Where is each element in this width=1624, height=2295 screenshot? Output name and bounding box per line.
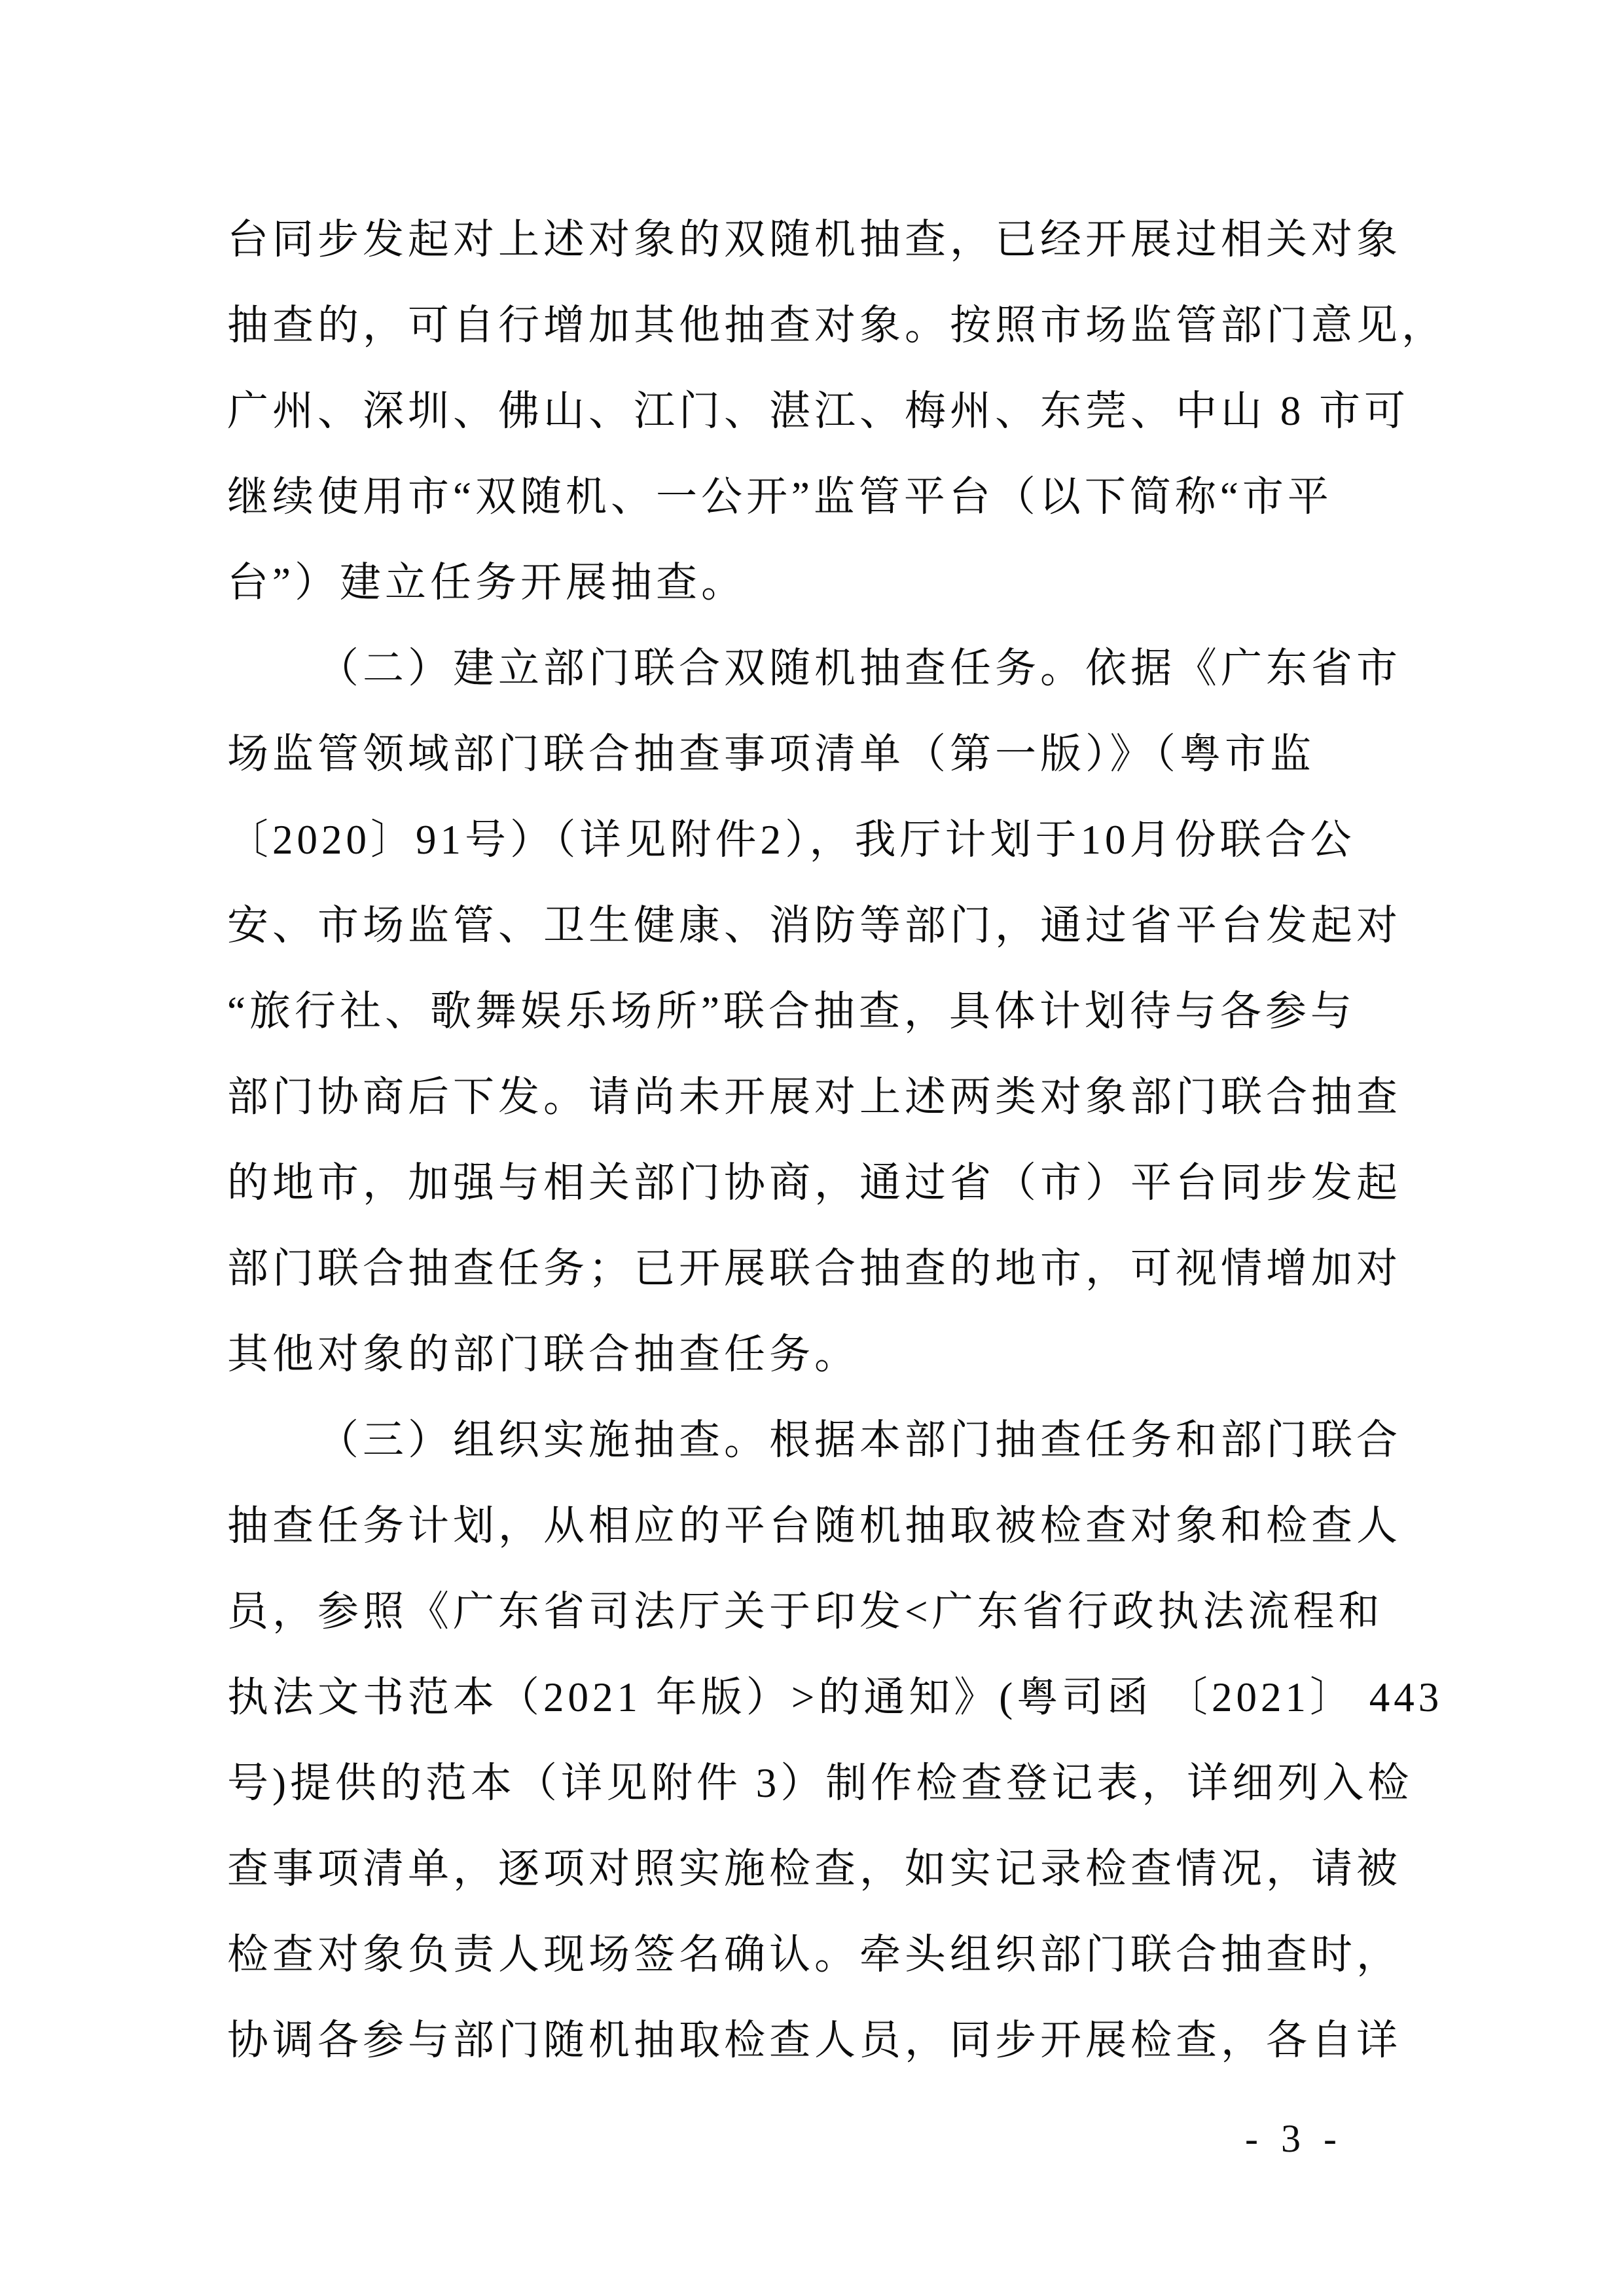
text-line: 部门联合抽查任务；已开展联合抽查的地市，可视情增加对: [227, 1226, 1409, 1312]
text-line: “旅行社、歌舞娱乐场所”联合抽查，具体计划待与各参与: [227, 969, 1409, 1055]
text-line: 继续使用市“双随机、一公开”监管平台（以下简称“市平: [227, 454, 1409, 540]
text-line: （二）建立部门联合双随机抽查任务。依据《广东省市: [227, 626, 1409, 712]
text-line: 广州、深圳、佛山、江门、湛江、梅州、东莞、中山 8 市可: [227, 369, 1409, 454]
text-line: 号)提供的范本（详见附件 3）制作检查登记表，详细列入检: [227, 1741, 1409, 1826]
text-line: 场监管领域部门联合抽查事项清单（第一版）》（粤市监: [227, 712, 1409, 797]
document-page: 台同步发起对上述对象的双随机抽查，已经开展过相关对象抽查的，可自行增加其他抽查对…: [0, 0, 1624, 2295]
text-line: 执法文书范本（2021 年版）>的通知》(粤司函 〔2021〕 443: [227, 1655, 1409, 1741]
text-line: 检查对象负责人现场签名确认。牵头组织部门联合抽查时，: [227, 1912, 1409, 1998]
text-line: 查事项清单，逐项对照实施检查，如实记录检查情况，请被: [227, 1826, 1409, 1912]
text-line: （三）组织实施抽查。根据本部门抽查任务和部门联合: [227, 1398, 1409, 1483]
text-line: 〔2020〕91号）（详见附件2），我厅计划于10月份联合公: [227, 797, 1409, 883]
text-line: 协调各参与部门随机抽取检查人员，同步开展检查，各自详: [227, 1998, 1409, 2084]
text-line: 抽查的，可自行增加其他抽查对象。按照市场监管部门意见，: [227, 283, 1409, 369]
text-line: 员，参照《广东省司法厅关于印发<广东省行政执法流程和: [227, 1569, 1409, 1655]
document-body: 台同步发起对上述对象的双随机抽查，已经开展过相关对象抽查的，可自行增加其他抽查对…: [227, 197, 1409, 2084]
text-line: 其他对象的部门联合抽查任务。: [227, 1312, 1409, 1398]
text-line: 台”）建立任务开展抽查。: [227, 540, 1409, 626]
text-line: 抽查任务计划，从相应的平台随机抽取被检查对象和检查人: [227, 1483, 1409, 1569]
page-number: - 3 -: [1245, 2117, 1343, 2160]
text-line: 台同步发起对上述对象的双随机抽查，已经开展过相关对象: [227, 197, 1409, 283]
text-line: 的地市，加强与相关部门协商，通过省（市）平台同步发起: [227, 1140, 1409, 1226]
text-line: 部门协商后下发。请尚未开展对上述两类对象部门联合抽查: [227, 1055, 1409, 1140]
text-line: 安、市场监管、卫生健康、消防等部门，通过省平台发起对: [227, 883, 1409, 969]
